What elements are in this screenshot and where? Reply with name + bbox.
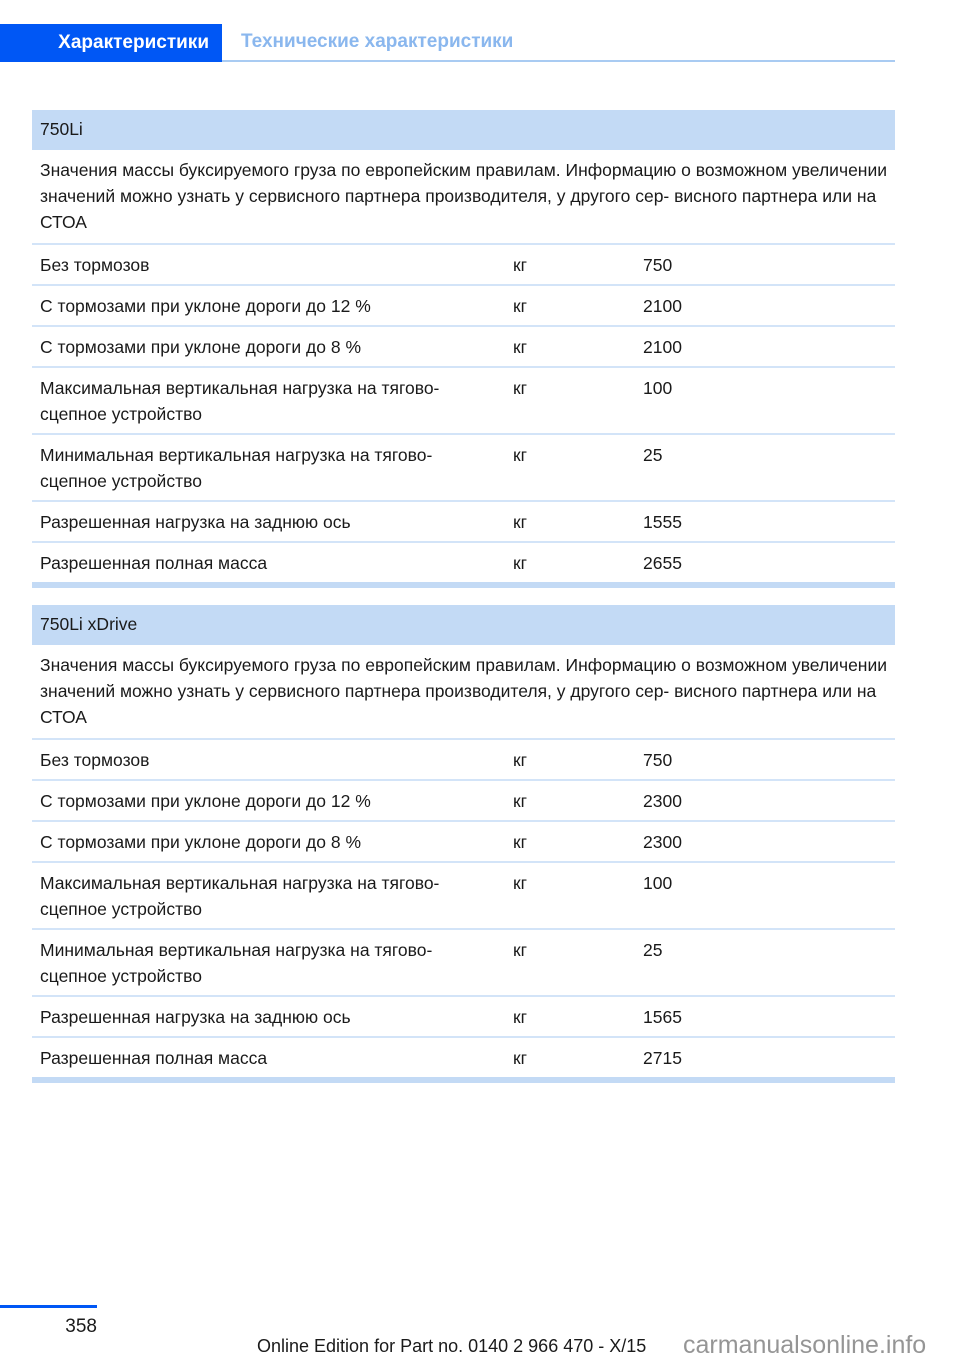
- row-value: 2100: [635, 293, 895, 319]
- row-label: Минимальная вертикальная нагрузка на тяг…: [32, 442, 505, 494]
- table-row: Минимальная вертикальная нагрузка на тяг…: [32, 930, 895, 997]
- row-unit: кг: [505, 334, 635, 360]
- table-header: 750Li xDrive: [32, 605, 895, 645]
- table-row: Разрешенная нагрузка на заднюю оськг1555: [32, 502, 895, 543]
- row-label: Без тормозов: [32, 747, 505, 773]
- row-label: Разрешенная нагрузка на заднюю ось: [32, 509, 505, 535]
- edition-text: Online Edition for Part no. 0140 2 966 4…: [257, 1336, 646, 1357]
- row-unit: кг: [505, 870, 635, 922]
- row-label: Максимальная вертикальная нагрузка на тя…: [32, 375, 505, 427]
- section-tab: Характеристики: [0, 24, 222, 62]
- watermark: carmanualsonline.info: [683, 1331, 926, 1360]
- row-unit: кг: [505, 1045, 635, 1071]
- spec-table-750li-xdrive: 750Li xDriveЗначения массы буксируемого …: [32, 605, 895, 1083]
- row-unit: кг: [505, 829, 635, 855]
- table-row: Разрешенная полная массакг2715: [32, 1038, 895, 1077]
- row-unit: кг: [505, 442, 635, 494]
- row-value: 750: [635, 747, 895, 773]
- table-row: Максимальная вертикальная нагрузка на тя…: [32, 368, 895, 435]
- row-value: 25: [635, 937, 895, 989]
- table-row: С тормозами при уклоне дороги до 12 %кг2…: [32, 286, 895, 327]
- row-label: С тормозами при уклоне дороги до 8 %: [32, 334, 505, 360]
- row-unit: кг: [505, 788, 635, 814]
- row-label: Минимальная вертикальная нагрузка на тяг…: [32, 937, 505, 989]
- row-value: 1565: [635, 1004, 895, 1030]
- table-row: С тормозами при уклоне дороги до 8 %кг21…: [32, 327, 895, 368]
- row-value: 2300: [635, 788, 895, 814]
- row-unit: кг: [505, 747, 635, 773]
- spec-table-750li: 750LiЗначения массы буксируемого груза п…: [32, 110, 895, 588]
- table-header: 750Li: [32, 110, 895, 150]
- footer-rule: [0, 1305, 97, 1308]
- row-label: С тормозами при уклоне дороги до 12 %: [32, 788, 505, 814]
- row-label: Разрешенная полная масса: [32, 550, 505, 576]
- section-title: Характеристики: [58, 32, 209, 54]
- row-value: 2655: [635, 550, 895, 576]
- row-unit: кг: [505, 550, 635, 576]
- row-value: 2100: [635, 334, 895, 360]
- subsection-title: Технические характеристики: [241, 31, 513, 53]
- row-value: 100: [635, 375, 895, 427]
- table-row: Разрешенная полная массакг2655: [32, 543, 895, 582]
- row-unit: кг: [505, 937, 635, 989]
- row-value: 750: [635, 252, 895, 278]
- row-unit: кг: [505, 1004, 635, 1030]
- table-row: С тормозами при уклоне дороги до 8 %кг23…: [32, 822, 895, 863]
- row-unit: кг: [505, 375, 635, 427]
- page-header: Характеристики Технические характеристик…: [0, 24, 895, 62]
- model-title: 750Li xDrive: [40, 614, 137, 634]
- model-title: 750Li: [40, 119, 83, 139]
- table-row: Без тормозовкг750: [32, 245, 895, 286]
- row-unit: кг: [505, 509, 635, 535]
- row-unit: кг: [505, 252, 635, 278]
- row-label: С тормозами при уклоне дороги до 12 %: [32, 293, 505, 319]
- table-bottom-rule: [32, 582, 895, 588]
- table-bottom-rule: [32, 1077, 895, 1083]
- table-row: Разрешенная нагрузка на заднюю оськг1565: [32, 997, 895, 1038]
- row-label: Без тормозов: [32, 252, 505, 278]
- table-row: Минимальная вертикальная нагрузка на тяг…: [32, 435, 895, 502]
- table-description: Значения массы буксируемого груза по евр…: [32, 645, 895, 740]
- row-unit: кг: [505, 293, 635, 319]
- page-number: 358: [0, 1316, 97, 1338]
- row-label: С тормозами при уклоне дороги до 8 %: [32, 829, 505, 855]
- subsection-tab: Технические характеристики: [222, 24, 895, 62]
- row-value: 2715: [635, 1045, 895, 1071]
- table-description: Значения массы буксируемого груза по евр…: [32, 150, 895, 245]
- row-value: 100: [635, 870, 895, 922]
- table-row: С тормозами при уклоне дороги до 12 %кг2…: [32, 781, 895, 822]
- row-value: 25: [635, 442, 895, 494]
- row-label: Разрешенная нагрузка на заднюю ось: [32, 1004, 505, 1030]
- row-value: 1555: [635, 509, 895, 535]
- table-row: Без тормозовкг750: [32, 740, 895, 781]
- row-label: Максимальная вертикальная нагрузка на тя…: [32, 870, 505, 922]
- row-label: Разрешенная полная масса: [32, 1045, 505, 1071]
- table-row: Максимальная вертикальная нагрузка на тя…: [32, 863, 895, 930]
- row-value: 2300: [635, 829, 895, 855]
